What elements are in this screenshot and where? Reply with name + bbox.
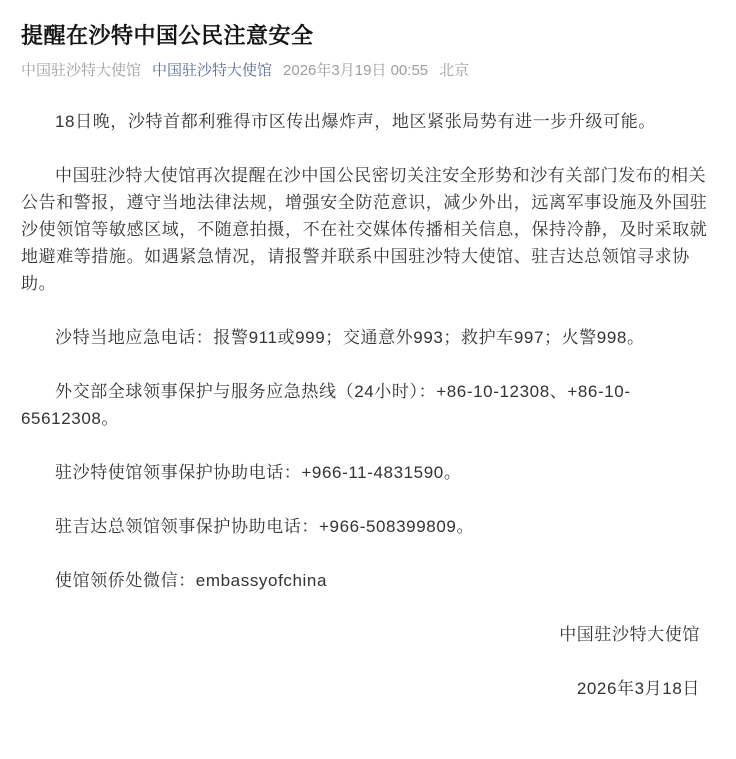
article-title: 提醒在沙特中国公民注意安全 [21, 20, 715, 51]
paragraph-embassy-hotline: 驻沙特使馆领事保护协助电话：+966-11-4831590。 [21, 459, 715, 486]
signature-date: 2026年3月18日 [21, 675, 715, 702]
signature-name: 中国驻沙特大使馆 [21, 621, 715, 648]
publish-location: 北京 [439, 62, 469, 79]
paragraph-local-emergency-numbers: 沙特当地应急电话：报警911或999；交通意外993；救护车997；火警998。 [21, 324, 715, 351]
publish-time: 2026年3月19日 00:55 [283, 62, 428, 79]
paragraph-advice: 中国驻沙特大使馆再次提醒在沙中国公民密切关注安全形势和沙有关部门发布的相关公告和… [21, 162, 715, 297]
paragraph-consulate-hotline: 驻吉达总领馆领事保护协助电话：+966-508399809。 [21, 513, 715, 540]
article-body: 18日晚，沙特首都利雅得市区传出爆炸声，地区紧张局势有进一步升级可能。 中国驻沙… [21, 108, 715, 702]
paragraph-wechat-account: 使馆领侨处微信：embassyofchina [21, 567, 715, 594]
article-meta: 中国驻沙特大使馆中国驻沙特大使馆2026年3月19日 00:55北京 [21, 61, 715, 81]
paragraph-alert: 18日晚，沙特首都利雅得市区传出爆炸声，地区紧张局势有进一步升级可能。 [21, 108, 715, 135]
paragraph-mfa-hotline: 外交部全球领事保护与服务应急热线（24小时）：+86-10-12308、+86-… [21, 378, 715, 432]
article-page: 提醒在沙特中国公民注意安全 中国驻沙特大使馆中国驻沙特大使馆2026年3月19日… [0, 0, 736, 759]
account-link[interactable]: 中国驻沙特大使馆 [152, 62, 272, 79]
author-name: 中国驻沙特大使馆 [21, 62, 141, 79]
